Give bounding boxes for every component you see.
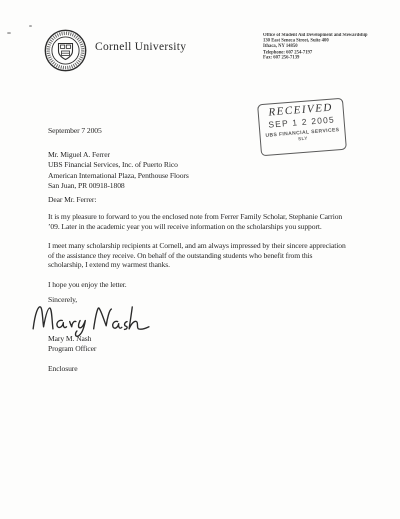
signer-title: Program Officer <box>48 344 96 354</box>
body-line: I meet many scholarship recipients at Co… <box>48 241 346 251</box>
office-address-block: Office of Student Aid Development and St… <box>263 33 400 69</box>
body-line: of the assistance they receive. On behal… <box>48 251 346 261</box>
recipient-line: Mr. Miguel A. Ferrer <box>48 150 189 160</box>
recipient-line: San Juan, PR 00918-1808 <box>48 181 189 191</box>
body-paragraph: I meet many scholarship recipients at Co… <box>48 241 346 270</box>
letter-date: September 7 2005 <box>48 126 102 135</box>
scan-speck <box>29 25 32 27</box>
enclosure-note: Enclosure <box>48 364 77 373</box>
university-name: Cornell University <box>95 41 186 53</box>
recipient-line: UBS Financial Services, Inc. of Puerto R… <box>48 160 189 170</box>
cornell-seal-icon <box>44 29 87 72</box>
body-line: I hope you enjoy the letter. <box>48 280 127 289</box>
letter-page: Cornell University Office of Student Aid… <box>0 0 400 519</box>
scan-speck <box>7 32 11 34</box>
body-line: It is my pleasure to forward to you the … <box>48 212 342 222</box>
signer-name: Mary M. Nash <box>48 334 96 344</box>
office-line: Fax: 607 256-7139 <box>263 55 396 61</box>
received-stamp: RECEIVED SEP 1 2 2005 UBS FINANCIAL SERV… <box>257 98 347 157</box>
body-line: scholarship, I extend my warmest thanks. <box>48 260 346 270</box>
recipient-address: Mr. Miguel A. Ferrer UBS Financial Servi… <box>48 150 189 192</box>
body-paragraph: It is my pleasure to forward to you the … <box>48 212 342 231</box>
recipient-line: American International Plaza, Penthouse … <box>48 171 189 181</box>
body-paragraph: I hope you enjoy the letter. <box>48 280 127 289</box>
signature-block: Mary M. Nash Program Officer <box>48 334 96 355</box>
body-line: ’09. Later in the academic year you will… <box>48 222 342 232</box>
salutation: Dear Mr. Ferrer: <box>48 195 96 204</box>
